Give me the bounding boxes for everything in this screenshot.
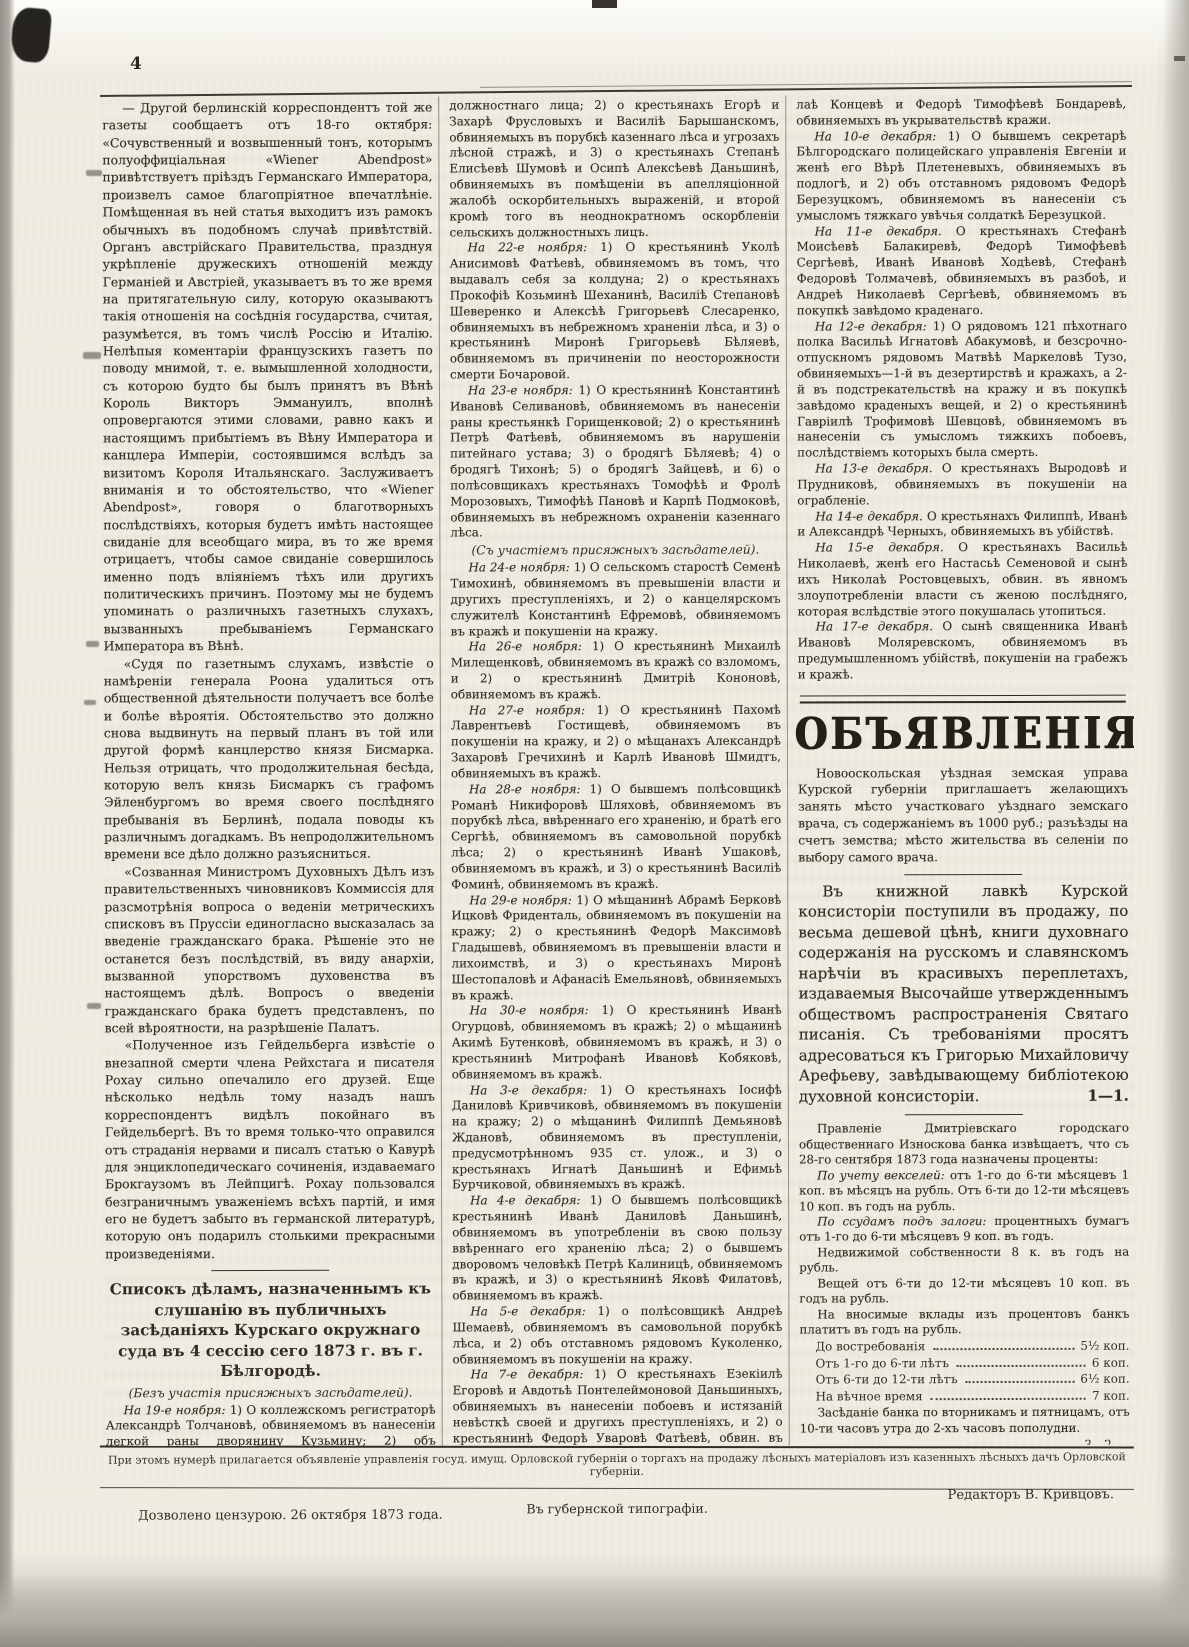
- court-item-date: На 3-е декабря:: [470, 1083, 587, 1097]
- scan-artifact: [1174, 56, 1185, 61]
- court-item: На 3-е декабря: 1) О крестьянахъ Іосифѣ …: [452, 1082, 782, 1194]
- court-item: На 14-е декабря. О крестьянахъ Филиппѣ, …: [797, 508, 1127, 541]
- court-item-text: 1) О крестьянахъ Іосифѣ Даниловѣ Кривчик…: [452, 1082, 782, 1192]
- article-paragraph: «Созванная Министромъ Духовныхъ Дѣлъ изъ…: [104, 862, 434, 1036]
- announcements-header: ОБЪЯВЛЕНІЯ.: [795, 706, 1132, 759]
- court-item: На 24-е ноября: 1) О сельскомъ старостѣ …: [450, 560, 780, 640]
- rate-value: 5½ коп.: [1080, 1337, 1129, 1354]
- bank-things-rate: Вещей отъ 6-ти до 12-ти мѣсяцевъ 10 коп.…: [799, 1275, 1129, 1307]
- bookshop-announcement: Въ книжной лавкѣ Курской консисторіи пос…: [798, 880, 1129, 1107]
- court-item: На 15-е декабря. О крестьянахъ Васильѣ Н…: [797, 540, 1127, 620]
- footer-rule: [100, 1446, 1134, 1449]
- court-list-subheading: (Безъ участія присяжныхъ засѣдателей).: [106, 1385, 436, 1400]
- court-item-date: На 26-е ноября:: [469, 639, 582, 653]
- court-item: На 30-е ноября: 1) О крестьянинѣ Иванѣ О…: [452, 1003, 782, 1083]
- court-item-text: 1) О бывшемъ полѣсовщикѣ Романѣ Никифоро…: [451, 781, 781, 891]
- court-item: На 13-е декабря. О крестьянахъ Выродовѣ …: [797, 461, 1127, 509]
- scan-edge-bottom: [0, 1575, 1189, 1647]
- bank-property-rate: Недвижимой собственности 8 к. въ годъ на…: [799, 1245, 1129, 1277]
- court-item: На 19-е ноября: 1) О коллежскомъ регистр…: [106, 1402, 436, 1447]
- dot-leader: [931, 1398, 1086, 1400]
- court-item-continuation: лаѣ Концевѣ и Федорѣ Тимофѣевѣ Бондаревѣ…: [796, 97, 1126, 130]
- court-item: На 4-е декабря: 1) О бывшемъ полѣсовщикѣ…: [452, 1193, 782, 1305]
- court-item-date: На 10-е декабря:: [814, 129, 936, 143]
- rate-value: 6½ коп.: [1080, 1371, 1129, 1388]
- jury-subheading: (Съ участіемъ присяжныхъ засѣдателей).: [450, 543, 780, 558]
- bank-loans-lead: По ссудамъ подъ залоги:: [817, 1214, 986, 1228]
- court-item-date: На 12-е декабря:: [815, 319, 927, 333]
- newspaper-page: 4 — Другой берлинскій корреспондентъ той…: [0, 0, 1189, 1647]
- deposit-rate-row: Отъ 6-ти до 12-ти лѣтъ6½ коп.: [800, 1371, 1130, 1389]
- court-item-date: На 7-е декабря:: [471, 1368, 584, 1382]
- dot-leader: [957, 1364, 1086, 1366]
- court-item: На 28-е ноября: 1) О бывшемъ полѣсовщикѣ…: [451, 781, 781, 893]
- bank-bills-lead: По учету векселей:: [817, 1168, 945, 1182]
- court-item-date: На 24-е ноября:: [468, 560, 569, 574]
- court-item-text: 1) О крестьянинѣ Константинѣ Ивановѣ Сел…: [450, 382, 780, 539]
- court-item-date: На 19-е ноября:: [124, 1403, 226, 1417]
- scan-artifact: [83, 352, 101, 359]
- bank-bills-rate: По учету векселей: отъ 1-го до 6-ти мѣся…: [799, 1167, 1129, 1214]
- scan-artifact: [592, 0, 617, 8]
- court-item-date: На 17-е декабря.: [816, 620, 934, 634]
- page-number: 4: [130, 54, 142, 74]
- court-item: На 17-е декабря. О сынѣ священника Иванѣ…: [798, 619, 1128, 683]
- column-2: должностнаго лица; 2) о крестьянахъ Егор…: [438, 96, 789, 1447]
- dot-leader: [966, 1381, 1075, 1383]
- court-item: На 23-е ноября: 1) О крестьянинѣ Констан…: [450, 382, 780, 541]
- rate-label: На вѣчное время: [816, 1389, 923, 1406]
- court-item: На 11-е декабря. О крестьянахъ Стефанѣ М…: [797, 223, 1127, 319]
- column-1: — Другой берлинскій корреспондентъ той ж…: [100, 96, 442, 1447]
- imprint-row: Редакторъ В. Кривцовъ. Дозволено цензуро…: [100, 1489, 1134, 1539]
- deposit-rate-row: На вѣчное время7 коп.: [800, 1388, 1130, 1406]
- court-item: На 5-е декабря: 1) о полѣсовщикѣ Андреѣ …: [452, 1304, 782, 1368]
- court-item: На 22-е ноября: 1) О крестьянинѣ Уколѣ А…: [450, 240, 780, 383]
- bookshop-announcement-text: Въ книжной лавкѣ Курской консисторіи пос…: [798, 881, 1128, 1105]
- rate-label: Отъ 6-ти до 12-ти лѣтъ: [816, 1372, 958, 1389]
- court-item-date: На 30-е ноября:: [470, 1003, 589, 1017]
- rate-label: До востребованія: [815, 1338, 925, 1355]
- court-item-date: На 23-е ноября:: [468, 383, 573, 397]
- rate-value: 7 коп.: [1092, 1388, 1130, 1405]
- court-item-date: На 11-е декабря.: [815, 224, 942, 238]
- deposit-rate-row: Отъ 1-го до 6-ти лѣтъ6 коп.: [800, 1354, 1130, 1372]
- article-paragraph: «Полученное изъ Гейдельберга извѣстіе о …: [105, 1036, 436, 1263]
- deposit-rate-row: До востребованія5½ коп.: [799, 1337, 1129, 1355]
- article-paragraph: «Судя по газетнымъ слухамъ, извѣстіе о н…: [104, 654, 435, 863]
- rate-label: Отъ 1-го до 6-ти лѣтъ: [816, 1355, 949, 1372]
- article-paragraph: — Другой берлинскій корреспондентъ той ж…: [102, 98, 433, 654]
- court-item-continuation: должностнаго лица; 2) о крестьянахъ Егор…: [449, 98, 779, 241]
- section-divider: [905, 1114, 1023, 1115]
- scan-artifact: [84, 700, 96, 705]
- bank-announcement-intro: Правленіе Дмитріевскаго городскаго общес…: [799, 1121, 1129, 1168]
- bank-loans-rate: По ссудамъ подъ залоги: процентныхъ бума…: [799, 1214, 1129, 1246]
- section-divider: [904, 874, 1022, 875]
- section-divider: [211, 1270, 329, 1271]
- columns: — Другой берлинскій корреспондентъ той ж…: [100, 95, 1136, 1448]
- court-item: На 7-е декабря: 1) О крестьянахъ Езекіил…: [453, 1367, 783, 1446]
- page-footer: При этомъ нумерѣ прилагается объявленіе …: [100, 1444, 1134, 1539]
- rate-value: 6 коп.: [1092, 1354, 1130, 1371]
- scan-artifact: [10, 6, 53, 63]
- scan-edge-left: [0, 0, 15, 1647]
- court-item-text: 1) О рядовомъ 121 пѣхотнаго полка Василь…: [797, 318, 1127, 459]
- court-item-text: 1) О бывшемъ полѣсовщикѣ крестьянинѣ Ива…: [452, 1193, 782, 1303]
- zemstvo-announcement: Новооскольская уѣздная земская управа Ку…: [798, 764, 1128, 866]
- court-item-date: На 28-е ноября:: [469, 782, 581, 796]
- printer-line: Въ губернской типографіи.: [100, 1499, 1134, 1518]
- court-item-date: На 5-е декабря:: [470, 1304, 585, 1318]
- court-item: На 12-е декабря: 1) О рядовомъ 121 пѣхот…: [797, 318, 1127, 461]
- bank-session-note: Засѣданіе банка по вторникамъ и пятницам…: [800, 1405, 1130, 1437]
- court-item-date: На 13-е декабря.: [815, 461, 932, 475]
- court-item: На 26-е ноября: 1) О крестьянинѣ Михаилѣ…: [451, 639, 781, 703]
- announcement-run-mark: 1—1.: [1063, 1085, 1128, 1106]
- court-item-date: На 29-е ноября:: [469, 893, 571, 907]
- scan-artifact: [86, 641, 99, 647]
- court-item: На 27-е ноября: 1) О крестьянинѣ Пахомѣ …: [451, 702, 781, 782]
- court-item-date: На 27-е ноября:: [469, 703, 585, 717]
- court-item-date: На 4-е декабря:: [470, 1193, 580, 1207]
- scan-artifact: [87, 1003, 101, 1009]
- court-item-date: На 14-е декабря.: [815, 509, 922, 523]
- court-item: На 10-е декабря: 1) О бывшемъ секретарѣ …: [796, 128, 1126, 224]
- court-item-date: На 22-е ноября:: [468, 241, 588, 255]
- column-3: лаѣ Концевѣ и Федорѣ Тимофѣевѣ Бондаревѣ…: [785, 95, 1136, 1446]
- scan-edge-right: [1163, 0, 1189, 1647]
- court-item-text: 1) О крестьянинѣ Уколѣ Анисимовѣ Фатѣевѣ…: [450, 240, 780, 381]
- bank-deposits-intro: На вносимые вклады изъ процентовъ банкъ …: [799, 1306, 1129, 1338]
- court-item-text: 1) О мѣщанинѣ Абрамѣ Берковѣ Ицковѣ Фрид…: [451, 892, 781, 1002]
- dot-leader: [933, 1347, 1074, 1349]
- court-item-date: На 15-е декабря.: [815, 540, 943, 554]
- section-divider: [800, 694, 1126, 703]
- court-item: На 29-е ноября: 1) О мѣщанинѣ Абрамѣ Бер…: [451, 892, 781, 1004]
- supplement-note: При этомъ нумерѣ прилагается объявленіе …: [100, 1450, 1134, 1480]
- court-list-heading: Списокъ дѣламъ, назначеннымъ къ слушанію…: [107, 1279, 433, 1382]
